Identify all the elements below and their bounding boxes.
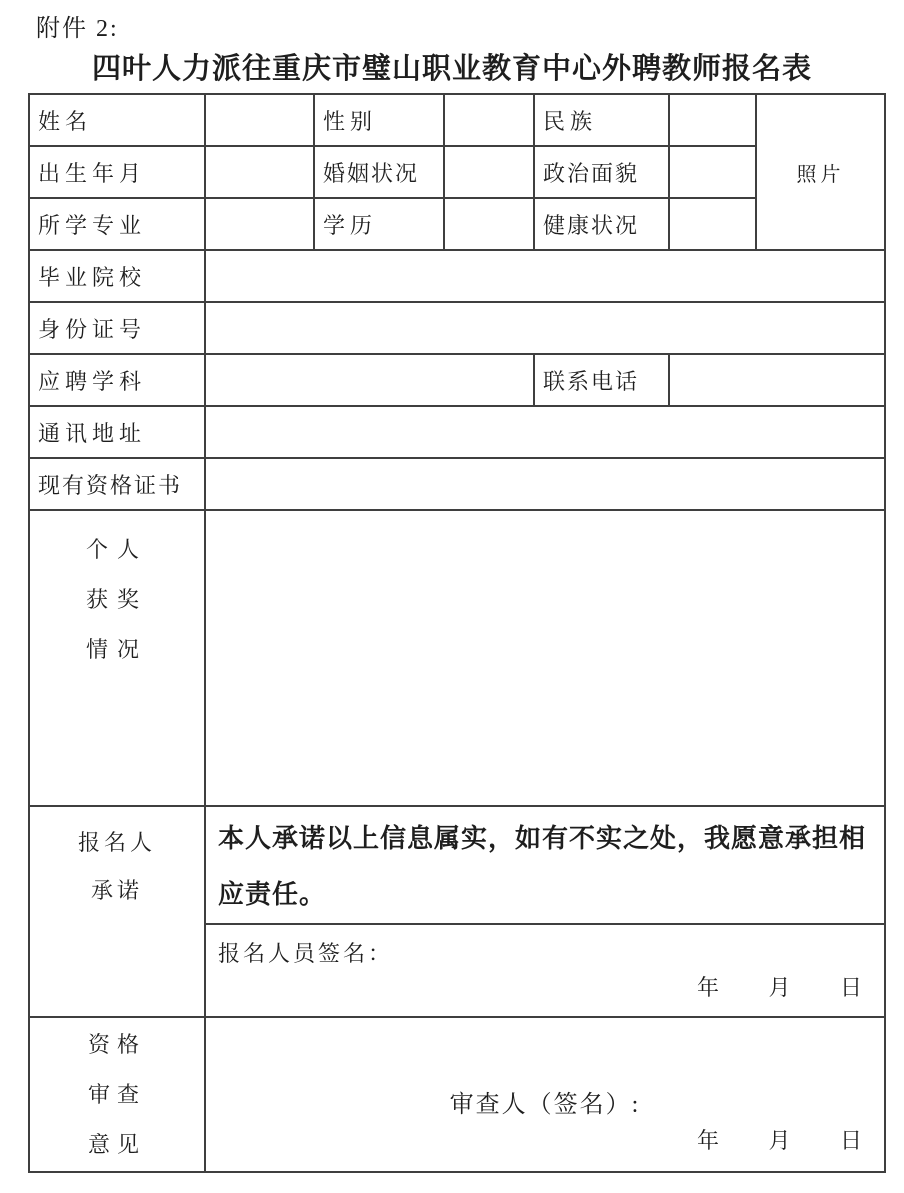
commitment-statement: 本人承诺以上信息属实，如有不实之处，我愿意承担相应责任。 [205,806,885,924]
field-value-gender [444,94,534,146]
field-value-applied-subject [205,354,534,406]
commitment-label-line-2: 承诺 [30,867,204,915]
field-value-graduate-school [205,250,885,302]
field-value-health [669,198,756,250]
awards-label-line-3: 情况 [30,625,204,675]
review-label: 资格 审查 意见 [29,1017,205,1172]
field-label-existing-certificates: 现有资格证书 [29,458,205,510]
field-value-name [205,94,314,146]
field-label-graduate-school: 毕业院校 [29,250,205,302]
commitment-label: 报名人 承诺 [29,806,205,1017]
field-value-education [444,198,534,250]
row-name-gender-ethnicity: 姓名 性别 民族 照片 [29,94,885,146]
field-value-birth-date [205,146,314,198]
row-existing-certificates: 现有资格证书 [29,458,885,510]
field-label-education: 学历 [314,198,444,250]
review-label-line-2: 审查 [30,1070,204,1120]
row-mailing-address: 通讯地址 [29,406,885,458]
field-label-name: 姓名 [29,94,205,146]
applicant-signature-cell: 报名人员签名： 年 月 日 [205,924,885,1017]
row-id-number: 身份证号 [29,302,885,354]
field-label-political-status: 政治面貌 [534,146,669,198]
document-page: 附件 2: 四叶人力派往重庆市璧山职业教育中心外聘教师报名表 姓名 性别 民族 … [0,0,904,1193]
field-label-birth-date: 出生年月 [29,146,205,198]
applicant-date-line: 年 月 日 [697,971,862,1002]
row-commitment-statement: 报名人 承诺 本人承诺以上信息属实，如有不实之处，我愿意承担相应责任。 [29,806,885,924]
field-label-health: 健康状况 [534,198,669,250]
awards-content-area [205,510,885,806]
field-label-applied-subject: 应聘学科 [29,354,205,406]
row-qualification-review: 资格 审查 意见 审查人（签名）: 年 月 日 [29,1017,885,1172]
field-label-gender: 性别 [314,94,444,146]
awards-label-line-2: 获奖 [30,575,204,625]
awards-label-line-1: 个人 [30,525,204,575]
review-content-cell: 审查人（签名）: 年 月 日 [205,1017,885,1172]
form-title: 四叶人力派往重庆市璧山职业教育中心外聘教师报名表 [0,46,904,87]
field-value-major [205,198,314,250]
registration-form-table: 姓名 性别 民族 照片 出生年月 婚姻状况 政治面貌 所学专业 学历 [28,93,886,1173]
awards-label: 个人 获奖 情况 [29,510,205,806]
field-label-ethnicity: 民族 [534,94,669,146]
applicant-signature-label: 报名人员签名： [218,937,393,968]
field-label-major: 所学专业 [29,198,205,250]
field-value-existing-certificates [205,458,885,510]
field-label-contact-phone: 联系电话 [534,354,669,406]
field-label-mailing-address: 通讯地址 [29,406,205,458]
field-value-political-status [669,146,756,198]
field-label-id-number: 身份证号 [29,302,205,354]
row-personal-awards: 个人 获奖 情况 [29,510,885,806]
row-graduate-school: 毕业院校 [29,250,885,302]
field-value-ethnicity [669,94,756,146]
field-value-mailing-address [205,406,885,458]
review-label-line-1: 资格 [30,1020,204,1070]
field-label-marital-status: 婚姻状况 [314,146,444,198]
commitment-label-line-1: 报名人 [30,819,204,867]
reviewer-signature-label: 审查人（签名）: [206,1084,884,1119]
field-value-marital-status [444,146,534,198]
review-date-line: 年 月 日 [697,1124,862,1155]
row-subject-phone: 应聘学科 联系电话 [29,354,885,406]
attachment-label: 附件 2: [36,8,119,43]
field-value-contact-phone [669,354,885,406]
review-label-line-3: 意见 [30,1120,204,1170]
field-value-id-number [205,302,885,354]
photo-box: 照片 [756,94,885,250]
